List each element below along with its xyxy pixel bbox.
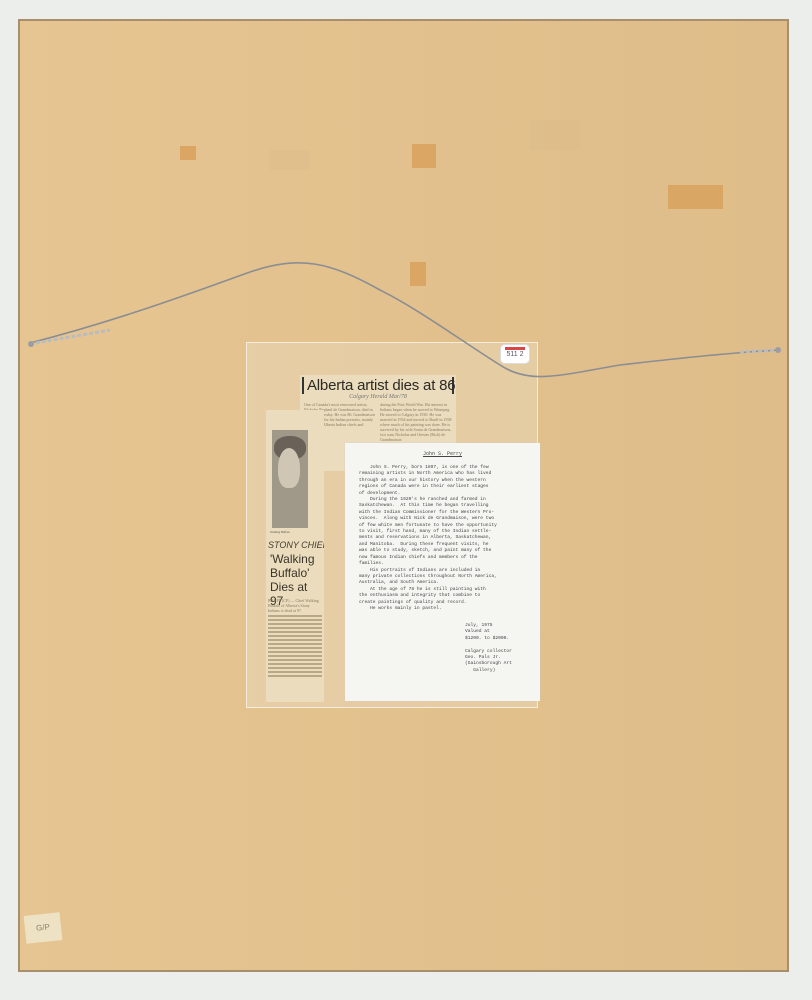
hanging-wire [0,0,812,1000]
